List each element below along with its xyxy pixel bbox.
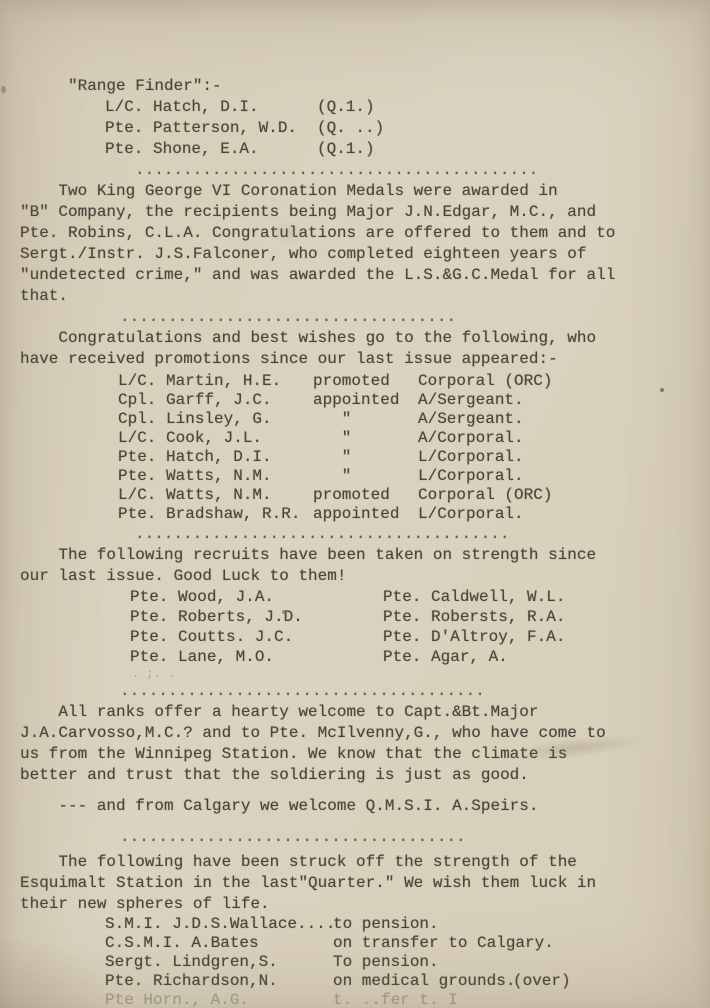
promotion-action: promoted	[313, 372, 418, 391]
document-page: "Range Finder":- L/C. Hatch, D.I.(Q.1.) …	[0, 0, 710, 1008]
recruit-name: Pte. Agar, A.	[383, 647, 508, 667]
struck-off-intro: The following have been struck off the s…	[20, 852, 690, 915]
struck-off-row: S.M.I. J.D.S.Wallace....to pension.	[105, 915, 690, 934]
promotion-row: Cpl. Garff, J.C.appointedA/Sergeant.	[118, 391, 690, 410]
promotion-action: appointed	[313, 391, 418, 410]
recruit-name: Pte. Roberts, J.D.	[130, 607, 383, 627]
soldier-name: Pte. Watts, N.M.	[118, 467, 313, 486]
recruits-intro: The following recruits have been taken o…	[20, 545, 690, 587]
dotted-separator: .......................................	[135, 524, 690, 545]
range-finder-entry: Pte. Patterson, W.D.(Q. ..)	[105, 118, 690, 139]
dotted-separator: ...................................	[120, 307, 690, 328]
struck-off-list: S.M.I. J.D.S.Wallace....to pension. C.S.…	[20, 915, 690, 1008]
soldier-name: Sergt. Lindgren,S.	[105, 953, 333, 972]
promotion-row: Cpl. Linsley, G. "A/Sergeant.	[118, 410, 690, 429]
soldier-name: L/C. Cook, J.L.	[118, 429, 313, 448]
departure-reason: to pension.	[333, 915, 513, 934]
ditto-mark: "	[313, 429, 418, 448]
dotted-separator: ....................................	[120, 827, 690, 848]
soldier-name: Cpl. Linsley, G.	[118, 410, 313, 429]
soldier-name: C.S.M.I. A.Bates	[105, 934, 333, 953]
recruit-name: Pte. Wood, J.A.	[130, 587, 383, 607]
range-finder-heading: "Range Finder":-	[68, 76, 690, 97]
soldier-name: Pte. Richardson,N.	[105, 972, 333, 991]
departure-reason: on medical grounds.	[333, 972, 513, 991]
dotted-separator: ......................................	[120, 681, 690, 702]
struck-off-row: C.S.M.I. A.Bateson transfer to Calgary.	[105, 934, 690, 953]
promotion-row: Pte. Watts, N.M. "L/Corporal.	[118, 467, 690, 486]
soldier-name: Pte Horn., A.G.	[105, 991, 333, 1008]
qualification-note: (Q. ..)	[317, 119, 384, 137]
recruit-name: Pte. Lane, M.O.	[130, 647, 383, 667]
welcome-paragraph: All ranks offer a hearty welcome to Capt…	[20, 702, 690, 786]
soldier-name: Cpl. Garff, J.C.	[118, 391, 313, 410]
new-rank: L/Corporal.	[418, 505, 524, 524]
soldier-name: L/C. Watts, N.M.	[118, 486, 313, 505]
new-rank: A/Sergeant.	[418, 410, 524, 429]
ditto-mark: "	[313, 467, 418, 486]
soldier-name: L/C. Hatch, D.I.	[105, 97, 317, 118]
new-rank: L/Corporal.	[418, 448, 524, 467]
promotions-list: L/C. Martin, H.E.promotedCorporal (ORC) …	[20, 372, 690, 524]
new-rank: Corporal (ORC)	[418, 372, 552, 391]
soldier-name: Pte. Shone, E.A.	[105, 139, 317, 160]
recruit-row: Pte. Lane, M.O.Pte. Agar, A.	[130, 647, 690, 667]
recruit-row: Pte. Coutts. J.C.Pte. D'Altroy, F.A.	[130, 627, 690, 647]
new-rank: Corporal (ORC)	[418, 486, 552, 505]
soldier-name: Pte. Hatch, D.I.	[118, 448, 313, 467]
departure-reason: To pension.	[333, 953, 513, 972]
struck-off-row: Pte Horn., A.G.t. ..fer t. I	[105, 991, 690, 1008]
calgary-welcome-line: --- and from Calgary we welcome Q.M.S.I.…	[20, 796, 690, 817]
dotted-separator: ........................................…	[135, 160, 690, 181]
soldier-name: S.M.I. J.D.S.Wallace....	[105, 915, 333, 934]
recruits-list: Pte. Wood, J.A.Pte. Caldwell, W.L. Pte. …	[20, 587, 690, 667]
ditto-mark: "	[313, 410, 418, 429]
soldier-name: L/C. Martin, H.E.	[118, 372, 313, 391]
departure-reason: on transfer to Calgary.	[333, 934, 513, 953]
medals-paragraph: Two King George VI Coronation Medals wer…	[20, 181, 690, 307]
struck-off-row: Pte. Richardson,N.on medical grounds.(ov…	[105, 972, 690, 991]
recruit-row: Pte. Roberts, J.D.Pte. Robersts, R.A.	[130, 607, 690, 627]
recruit-name: Pte. D'Altroy, F.A.	[383, 627, 565, 647]
faint-typewriter-mark: . ;. .	[132, 667, 690, 681]
range-finder-entry: Pte. Shone, E.A.(Q.1.)	[105, 139, 690, 160]
promotion-row: L/C. Martin, H.E.promotedCorporal (ORC)	[118, 372, 690, 391]
new-rank: A/Sergeant.	[418, 391, 524, 410]
range-finder-list: L/C. Hatch, D.I.(Q.1.) Pte. Patterson, W…	[20, 97, 690, 160]
promotion-action: promoted	[313, 486, 418, 505]
promotions-intro: Congratulations and best wishes go to th…	[20, 328, 690, 370]
new-rank: L/Corporal.	[418, 467, 524, 486]
soldier-name: Pte. Patterson, W.D.	[105, 118, 317, 139]
qualification-note: (Q.1.)	[317, 140, 375, 158]
over-note: (over)	[513, 972, 571, 991]
promotion-row: L/C. Watts, N.M.promotedCorporal (ORC)	[118, 486, 690, 505]
recruit-name: Pte. Coutts. J.C.	[130, 627, 383, 647]
departure-reason: t. ..fer t. I	[333, 991, 513, 1008]
recruit-name: Pte. Robersts, R.A.	[383, 607, 565, 627]
recruit-name: Pte. Caldwell, W.L.	[383, 587, 565, 607]
qualification-note: (Q.1.)	[317, 98, 375, 116]
range-finder-entry: L/C. Hatch, D.I.(Q.1.)	[105, 97, 690, 118]
promotion-action: appointed	[313, 505, 418, 524]
struck-off-row: Sergt. Lindgren,S.To pension.	[105, 953, 690, 972]
soldier-name: Pte. Bradshaw, R.R.	[118, 505, 313, 524]
promotion-row: L/C. Cook, J.L. "A/Corporal.	[118, 429, 690, 448]
ink-speck	[1, 86, 6, 93]
ditto-mark: "	[313, 448, 418, 467]
promotion-row: Pte. Bradshaw, R.R.appointedL/Corporal.	[118, 505, 690, 524]
promotion-row: Pte. Hatch, D.I. "L/Corporal.	[118, 448, 690, 467]
new-rank: A/Corporal.	[418, 429, 524, 448]
recruit-row: Pte. Wood, J.A.Pte. Caldwell, W.L.	[130, 587, 690, 607]
